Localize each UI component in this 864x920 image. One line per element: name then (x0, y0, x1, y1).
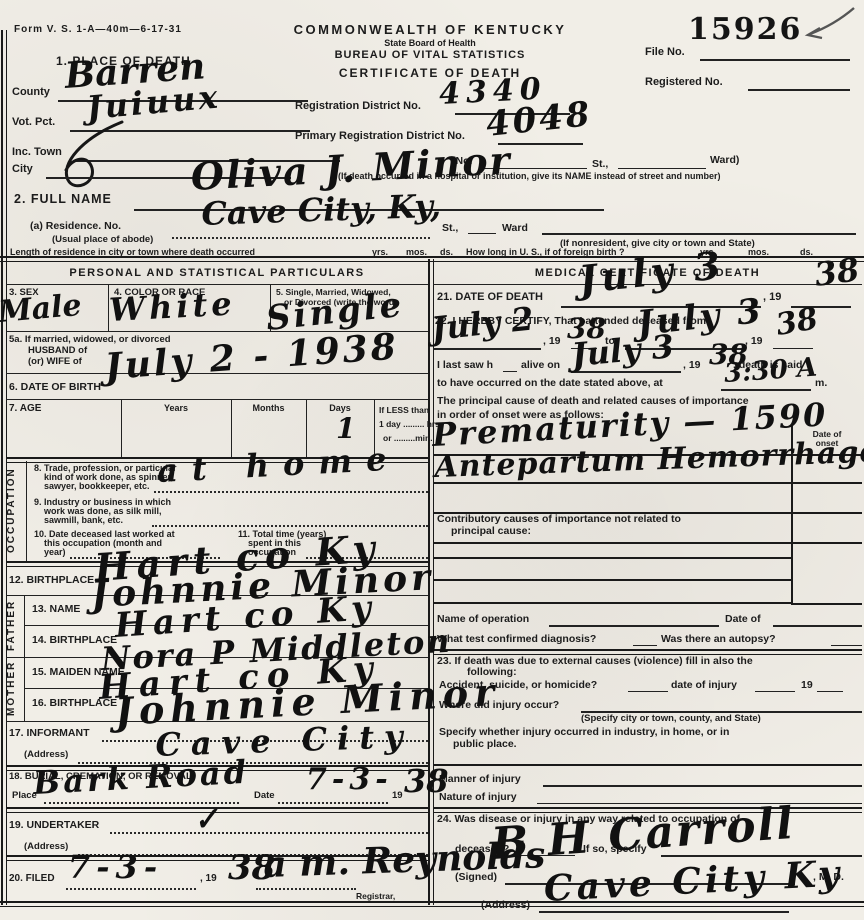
test-line (633, 644, 657, 646)
ink-flourish (52, 118, 142, 198)
age-months-header: Months (231, 403, 306, 413)
father-side-label: FATHER (6, 595, 17, 655)
personal-title: PERSONAL AND STATISTICAL PARTICULARS (6, 267, 428, 279)
registered-no-label: Registered No. (645, 76, 723, 88)
abode-note: (Usual place of abode) (52, 234, 153, 245)
county-label: County (12, 86, 50, 98)
mother-side-label: MOTHER (6, 657, 17, 719)
full-name-label: 2. FULL NAME (14, 192, 112, 206)
length-yrs: yrs. (372, 247, 388, 257)
reg-district-label: Registration District No. (295, 100, 421, 112)
occupation-side-label: OCCUPATION (6, 463, 17, 557)
bureau-subtitle: BUREAU OF VITAL STATISTICS (280, 49, 580, 61)
certify-to-year-line (773, 347, 813, 349)
husband-of: HUSBAND of (28, 345, 87, 356)
sex-race-marital-row: 3. SEX 4. COLOR OR RACE 5. Single, Marri… (6, 284, 428, 332)
saw-prefix: I last saw h (437, 359, 493, 371)
certify-from-19: , 19 (543, 335, 561, 347)
foreign-mos: mos. (748, 247, 769, 257)
dod-handwritten: July 3 (577, 246, 726, 299)
occ9-dotted-line (152, 524, 428, 527)
date-injury-line (755, 690, 795, 692)
sex-handwritten: Male (0, 291, 83, 328)
autopsy-line (831, 644, 862, 646)
father-name-label: 13. NAME (32, 603, 80, 615)
certify-from-handwritten: July 2 (430, 302, 535, 345)
dob-label: 6. DATE OF BIRTH (9, 381, 101, 393)
injury-19-label: 19 (801, 679, 813, 691)
dod-year-handwritten: 38 (813, 253, 862, 291)
injury-blank-rule (433, 763, 862, 766)
file-no-line (700, 58, 850, 61)
length-ds: ds. (440, 247, 453, 257)
date-of-label: Date of (725, 613, 761, 625)
residence-handwritten: Cave City, Ky, (201, 190, 442, 230)
saw-blank (503, 370, 517, 372)
test-label: What test confirmed diagnosis? (437, 633, 596, 645)
city-st-label: St., (592, 158, 608, 170)
contributory-rule-2 (433, 578, 791, 581)
residence-line (172, 236, 430, 239)
form-number: Form V. S. 1-A—40m—6-17-31 (14, 24, 182, 35)
city-st-line (618, 167, 706, 169)
manner-label: Manner of injury (439, 773, 521, 785)
burial-place-handwritten: Bark Road (32, 756, 249, 799)
dob-row: 6. DATE OF BIRTH July 2 - 1938 (6, 373, 428, 400)
wife-of: (or) WIFE of (28, 356, 82, 367)
specify-city-note: (Specify city or town, county, and State… (581, 713, 761, 724)
file-no-label: File No. (645, 46, 685, 58)
time-line (721, 388, 811, 391)
birthplace-label: 12. BIRTHPLACE (9, 574, 94, 586)
age-label: 7. AGE (9, 403, 41, 414)
pencil-arrow-mark (796, 2, 858, 46)
residence-ward-line (542, 232, 856, 235)
informant-label: 17. INFORMANT (9, 727, 90, 739)
filed-date-handwritten: 7-3- (68, 851, 163, 883)
death-certificate-scan: Form V. S. 1-A—40m—6-17-31 COMMONWEALTH … (0, 0, 864, 920)
residence-st-line (468, 232, 496, 234)
length-label: Length of residence in city or town wher… (10, 247, 255, 257)
filed-label: 20. FILED (9, 873, 55, 884)
burial-date-handwritten: 7-3- (306, 765, 393, 795)
burial-row: 18. BURIAL, CREMATION, OR REMOVAL Place … (6, 769, 428, 807)
filed-19-label: , 19 (200, 873, 217, 884)
registrar-label: Registrar, (356, 891, 395, 901)
medical-certificate-section: MEDICAL CERTIFICATE OF DEATH 21. DATE OF… (433, 263, 862, 903)
residence-label: (a) Residence. No. (30, 220, 121, 232)
physician-address-line (539, 910, 789, 913)
physician-address-label: (Address) (481, 899, 530, 911)
saw-suffix: alive on (521, 359, 560, 371)
residence-st-label: St., (442, 222, 458, 234)
occ8-line3: sawyer, bookkeeper, etc. (44, 481, 150, 491)
filed-dotted1 (66, 887, 196, 890)
undertaker-address-label: (Address) (24, 841, 68, 852)
time-handwritten: 3:30 A (723, 355, 818, 387)
contributory-line2: principal cause: (451, 525, 531, 537)
city-label: City (12, 163, 33, 175)
burial-19-label: 19 (392, 790, 403, 801)
specify-whether-line1: Specify whether injury occurred in indus… (439, 726, 729, 738)
undertaker-label: 19. UNDERTAKER (9, 819, 99, 831)
saw-19: , 19 (683, 359, 701, 371)
autopsy-label: Was there an autopsy? (661, 633, 776, 645)
nature-label: Nature of injury (439, 791, 517, 803)
dod-19-label: , 19 (763, 291, 781, 303)
length-mos: mos. (406, 247, 427, 257)
occ8-dotted-line (154, 490, 428, 493)
undertaker-dotted (110, 831, 428, 834)
certify-to-year-hw: 38 (774, 304, 820, 341)
certify-from-line (433, 347, 541, 350)
primary-district-handwritten: 4048 (484, 97, 594, 142)
accident-line (628, 690, 668, 692)
operation-label: Name of operation (437, 613, 529, 625)
contributory-rule-1 (433, 556, 791, 559)
commonwealth-title: COMMONWEALTH OF KENTUCKY (280, 22, 580, 37)
operation-line (549, 624, 719, 627)
contributory-rule-3 (433, 601, 791, 604)
manner-line (543, 784, 862, 787)
full-name-handwritten: Oliva J. Minor (190, 141, 512, 196)
burial-year-handwritten: 38 (404, 765, 449, 797)
occ9-line3: sawmill, bank, etc. (44, 515, 123, 525)
date-injury-label: date of injury (671, 679, 737, 691)
burial-date-label: Date (254, 790, 275, 801)
saw-date-handwritten: July 3 (570, 330, 675, 371)
injury-19-line (817, 690, 843, 692)
age-days-handwritten: 1 (336, 415, 355, 443)
city-ward-label: Ward) (710, 154, 739, 166)
age-less-1: If LESS than (379, 405, 429, 415)
age-years-header: Years (121, 403, 231, 413)
informant-address-label: (Address) (24, 749, 68, 760)
onset-box-bottom-border (791, 603, 862, 605)
race-handwritten: White (108, 287, 236, 326)
state-board-subtitle: State Board of Health (280, 38, 580, 48)
registered-no-line (748, 88, 850, 91)
burial-date-dotted (278, 801, 388, 804)
specify-whether-line2: public place. (453, 738, 517, 750)
personal-statistical-section: PERSONAL AND STATISTICAL PARTICULARS 3. … (6, 263, 428, 903)
occ10-line3: year) (44, 547, 66, 557)
filed-row: 20. FILED 7-3- , 19 38 a m. Reynolds Reg… (6, 859, 428, 903)
vot-pct-label: Vot. Pct. (12, 116, 55, 128)
cause-line-4 (433, 541, 862, 544)
residence-ward-label: Ward (502, 222, 528, 234)
date-of-line (773, 624, 862, 627)
undertaker-handwritten: ✓ (192, 804, 221, 837)
occurred-line: to have occurred on the date stated abov… (437, 377, 663, 389)
serial-number: 15926 (688, 12, 802, 47)
contributory-line1: Contributory causes of importance not re… (437, 513, 681, 525)
